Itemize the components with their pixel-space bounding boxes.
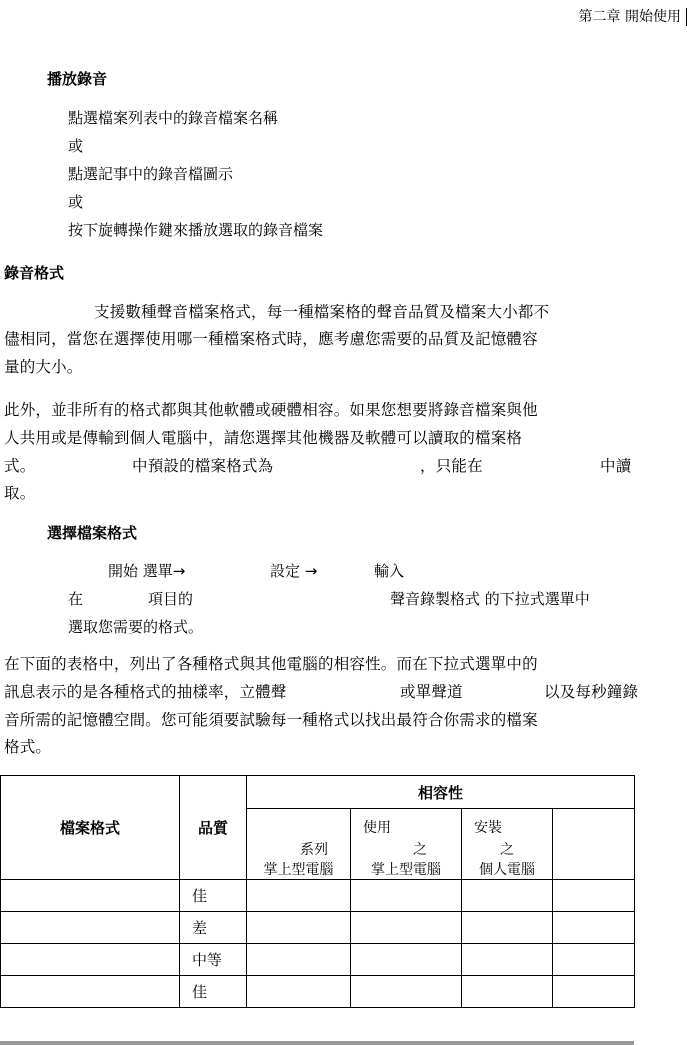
quality-cell: 差 [180, 912, 247, 944]
quality-cell: 中等 [180, 944, 247, 976]
compat-cell [553, 880, 635, 912]
subheader-mid: 之 [413, 839, 427, 859]
table-intro-line: 音所需的記憶體空間。您可能須要試驗每一種格式以找出最符合你需求的檔案 [4, 708, 538, 730]
compat-cell [462, 944, 553, 976]
formats-paragraph-line: 量的大小。 [4, 355, 83, 377]
subheader-mid: 之 [500, 839, 514, 859]
compat-cell [462, 880, 553, 912]
table-row: 佳 [1, 880, 635, 912]
step-fragment: 輸入 [374, 560, 404, 581]
compat-cell [462, 912, 553, 944]
header-compatibility: 相容性 [247, 776, 635, 809]
compat-paragraph-fragment: 中讀 [600, 454, 631, 476]
step-line: 選取您需要的格式。 [68, 616, 203, 637]
format-cell [1, 944, 180, 976]
header-file-format: 檔案格式 [1, 776, 180, 880]
table-row: 差 [1, 912, 635, 944]
compat-paragraph-fragment: 式。 [4, 454, 35, 476]
compat-cell [553, 944, 635, 976]
quality-cell: 佳 [180, 976, 247, 1008]
compat-cell [553, 912, 635, 944]
format-cell [1, 976, 180, 1008]
compat-subheader: 安裝 之 個人電腦 [462, 809, 553, 880]
step-fragment: 開始 選單→ [108, 560, 185, 581]
table-intro-fragment: 或單聲道 [400, 680, 463, 702]
subheader-bottom: 掌上型電腦 [351, 859, 461, 879]
subheader-top: 使用 [363, 817, 391, 837]
step-fragment: 設定 → [270, 560, 317, 581]
compat-cell [351, 880, 462, 912]
table-intro-fragment: 訊息表示的是各種格式的抽樣率，立體聲 [4, 680, 287, 702]
table-row: 中等 [1, 944, 635, 976]
subheader-mid: 系列 [300, 839, 328, 859]
compat-cell [247, 944, 351, 976]
playback-line: 點選記事中的錄音檔圖示 [68, 163, 233, 184]
compat-paragraph-line: 取。 [4, 481, 35, 503]
compat-cell [553, 976, 635, 1008]
formats-paragraph-line: 支援數種聲音檔案格式，每一種檔案格的聲音品質及檔案大小都不 [94, 300, 549, 322]
table-row: 佳 [1, 976, 635, 1008]
select-format-heading: 選擇檔案格式 [47, 522, 137, 543]
subheader-top: 安裝 [474, 817, 502, 837]
compatibility-table: 檔案格式 品質 相容性 系列 掌上型電腦 使用 之 掌上型電腦 安裝 之 個人電… [0, 775, 635, 1008]
compat-cell [351, 976, 462, 1008]
compat-subheader: 系列 掌上型電腦 [247, 809, 351, 880]
compat-cell [247, 880, 351, 912]
playback-heading: 播放錄音 [47, 68, 107, 89]
compat-paragraph-line: 此外，並非所有的格式都與其他軟體或硬體相容。如果您想要將錄音檔案與他 [4, 398, 538, 420]
format-cell [1, 880, 180, 912]
compat-subheader [553, 809, 635, 880]
compat-paragraph-fragment: ，只能在 [420, 454, 483, 476]
compat-cell [462, 976, 553, 1008]
compat-cell [247, 912, 351, 944]
formats-paragraph-line: 儘相同，當您在選擇使用哪一種檔案格式時，應考慮您需要的品質及記憶體容 [4, 327, 538, 349]
playback-line: 點選檔案列表中的錄音檔案名稱 [68, 107, 278, 128]
compat-subheader: 使用 之 掌上型電腦 [351, 809, 462, 880]
step-fragment: 聲音錄製格式 的下拉式選單中 [390, 588, 590, 609]
playback-line: 或 [68, 191, 83, 212]
format-cell [1, 912, 180, 944]
table-intro-line: 格式。 [4, 735, 51, 757]
header-quality: 品質 [180, 776, 247, 880]
table-intro-line: 在下面的表格中，列出了各種格式與其他電腦的相容性。而在下拉式選單中的 [4, 652, 538, 674]
formats-heading: 錄音格式 [4, 262, 64, 283]
table-intro-fragment: 以及每秒鐘錄 [544, 680, 638, 702]
subheader-bottom: 掌上型電腦 [247, 859, 350, 879]
compat-paragraph-line: 人共用或是傳輸到個人電腦中，請您選擇其他機器及軟體可以讀取的檔案格 [4, 426, 522, 448]
footer-rule [0, 1041, 634, 1045]
compat-cell [247, 976, 351, 1008]
compat-cell [351, 944, 462, 976]
playback-line: 按下旋轉操作鍵來播放選取的錄音檔案 [68, 219, 323, 240]
subheader-bottom: 個人電腦 [462, 859, 552, 879]
chapter-header: 第二章 開始使用 [579, 6, 681, 26]
playback-line: 或 [68, 135, 83, 156]
quality-cell: 佳 [180, 880, 247, 912]
step-fragment: 在 [68, 588, 83, 609]
compat-cell [351, 912, 462, 944]
step-fragment: 項目的 [148, 588, 193, 609]
compat-paragraph-fragment: 中預設的檔案格式為 [132, 454, 273, 476]
